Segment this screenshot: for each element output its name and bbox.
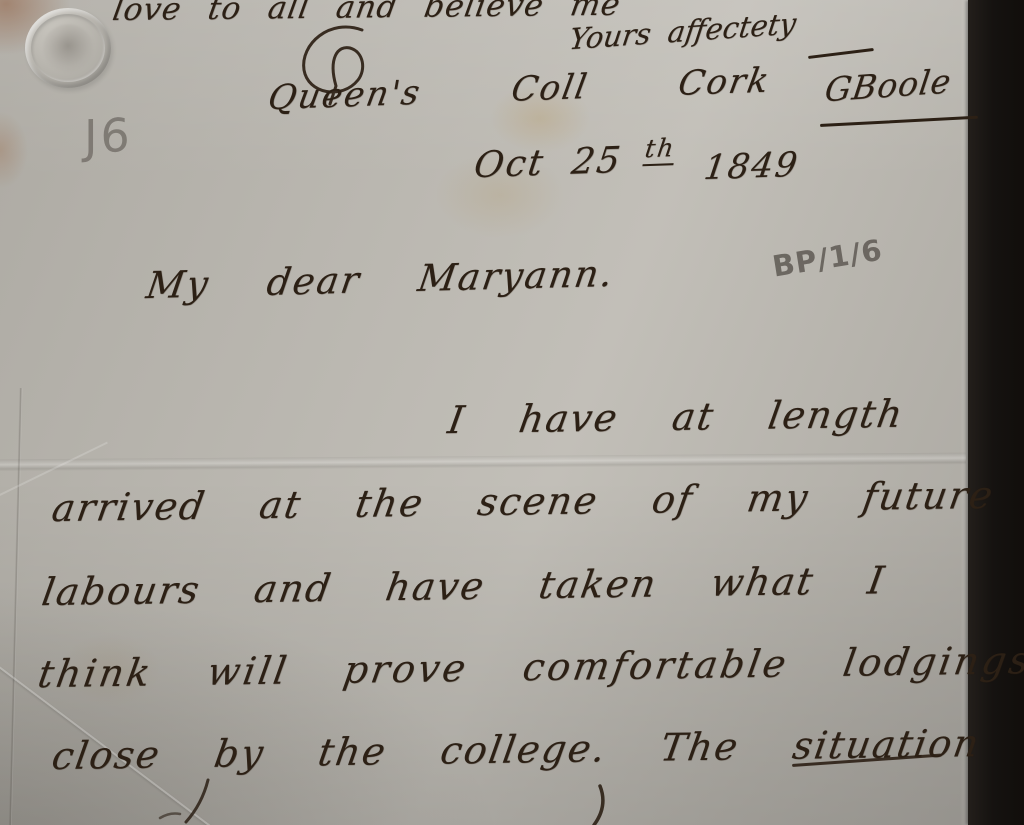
date-ordinal: th <box>643 133 678 166</box>
clipped-next-line-strokes <box>0 772 1024 825</box>
date-day: Oct 25 <box>471 140 624 186</box>
black-backdrop <box>968 0 1024 825</box>
letter-photograph: J6 BP/1/6 love to all and believe me You… <box>0 0 1024 825</box>
date-year: 1849 <box>702 145 802 189</box>
embossed-seal <box>25 8 111 88</box>
seal-crest-icon <box>43 24 93 72</box>
pencil-mark-j6: J6 <box>84 107 133 164</box>
body-line: I have at length <box>445 392 908 442</box>
